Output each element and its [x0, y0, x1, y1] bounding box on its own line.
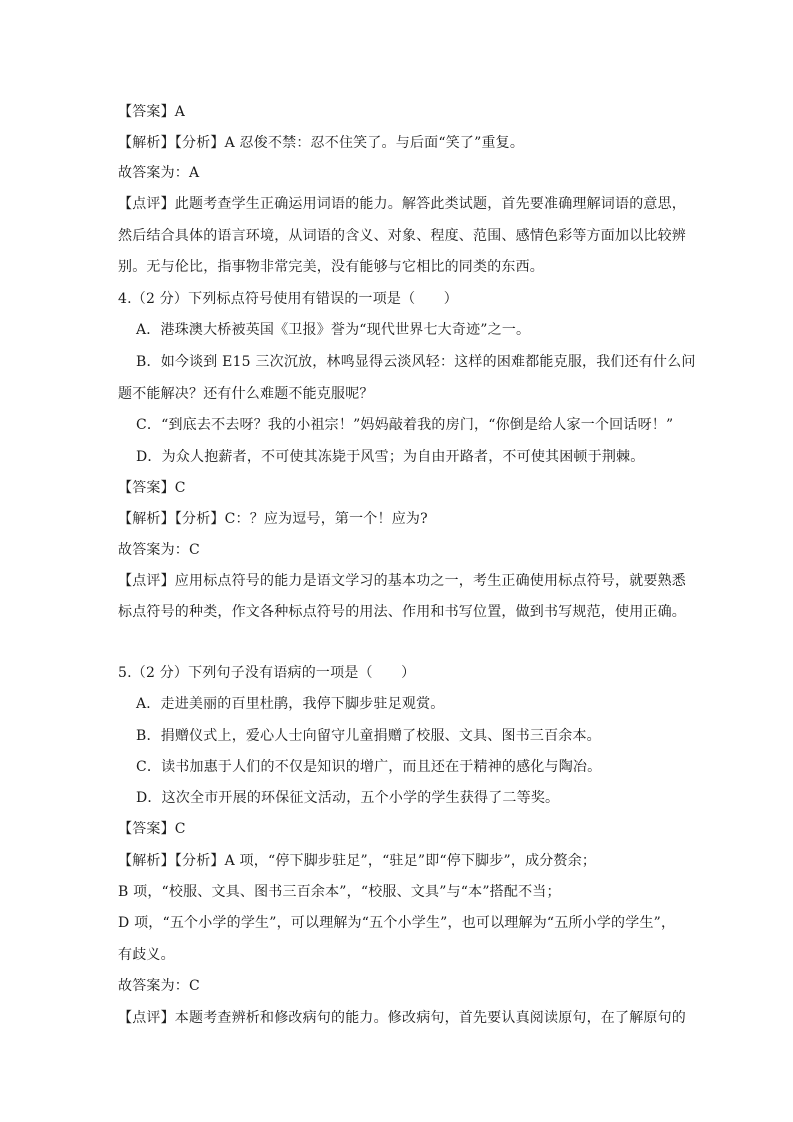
conclusion-q4: 故答案为：C	[118, 540, 688, 560]
analysis-q5-line1: 【解析】【分析】A 项，“停下脚步驻足”，“驻足”即“停下脚步”，成分赘余；	[118, 851, 688, 871]
question-5-option-d: D．这次全市开展的环保征文活动，五个小学的学生获得了二等奖。	[136, 788, 706, 808]
answer-q4: 【答案】C	[118, 478, 688, 498]
conclusion-q5: 故答案为：C	[118, 976, 688, 996]
analysis-q5-line3: D 项，“五个小学的学生”，可以理解为“五个小学生”，也可以理解为“五所小学的学…	[118, 913, 688, 933]
comment-q3-line1: 【点评】此题考查学生正确运用词语的能力。解答此类试题，首先要准确理解词语的意思，	[118, 194, 688, 214]
comment-q3-line3: 别。无与伦比，指事物非常完美，没有能够与它相比的同类的东西。	[118, 257, 688, 277]
question-4-option-a: A．港珠澳大桥被英国《卫报》誉为“现代世界七大奇迹”之一。	[136, 320, 706, 340]
answer-q3: 【答案】A	[118, 102, 688, 122]
comment-q3-line2: 然后结合具体的语言环境，从词语的含义、对象、程度、范围、感情色彩等方面加以比较辨	[118, 226, 688, 246]
question-4-option-b-line2: 题不能解决？还有什么难题不能克服呢？	[118, 384, 688, 404]
question-4-option-c: C．“到底去不去呀？我的小祖宗！”妈妈敲着我的房门，“你倒是给人家一个回话呀！”	[136, 415, 706, 435]
question-4-option-d: D．为众人抱薪者，不可使其冻毙于风雪；为自由开路者，不可使其困顿于荆棘。	[136, 447, 706, 467]
comment-q4-line1: 【点评】应用标点符号的能力是语文学习的基本功之一，考生正确使用标点符号，就要熟悉	[118, 571, 688, 591]
question-5-stem: 5.（2 分）下列句子没有语病的一项是（ ）	[118, 663, 688, 683]
answer-q5: 【答案】C	[118, 819, 688, 839]
analysis-q5-line2: B 项，“校服、文具、图书三百余本”，“校服、文具”与“本”搭配不当；	[118, 882, 688, 902]
analysis-q3: 【解析】【分析】A 忍俊不禁：忍不住笑了。与后面“笑了”重复。	[118, 133, 688, 153]
comment-q4-line2: 标点符号的种类，作文各种标点符号的用法、作用和书写位置，做到书写规范，使用正确。	[118, 602, 688, 622]
question-4-option-b-line1: B．如今谈到 E15 三次沉放，林鸣显得云淡风轻：这样的困难都能克服，我们还有什…	[136, 352, 706, 372]
comment-q5-line1: 【点评】本题考查辨析和修改病句的能力。修改病句，首先要认真阅读原句，在了解原句的	[118, 1008, 688, 1028]
analysis-q4: 【解析】【分析】C：？应为逗号，第一个！应为?	[118, 509, 688, 529]
conclusion-q3: 故答案为：A	[118, 163, 688, 183]
document-page: 【答案】A 【解析】【分析】A 忍俊不禁：忍不住笑了。与后面“笑了”重复。 故答…	[0, 0, 793, 1122]
question-5-option-a: A．走进美丽的百里杜鹃，我停下脚步驻足观赏。	[136, 694, 706, 714]
question-4-stem: 4.（2 分）下列标点符号使用有错误的一项是（ ）	[118, 289, 688, 309]
question-5-option-c: C．读书加惠于人们的不仅是知识的增广，而且还在于精神的感化与陶冶。	[136, 757, 706, 777]
question-5-option-b: B．捐赠仪式上，爱心人士向留守儿童捐赠了校服、文具、图书三百余本。	[136, 726, 706, 746]
analysis-q5-line4: 有歧义。	[118, 945, 688, 965]
